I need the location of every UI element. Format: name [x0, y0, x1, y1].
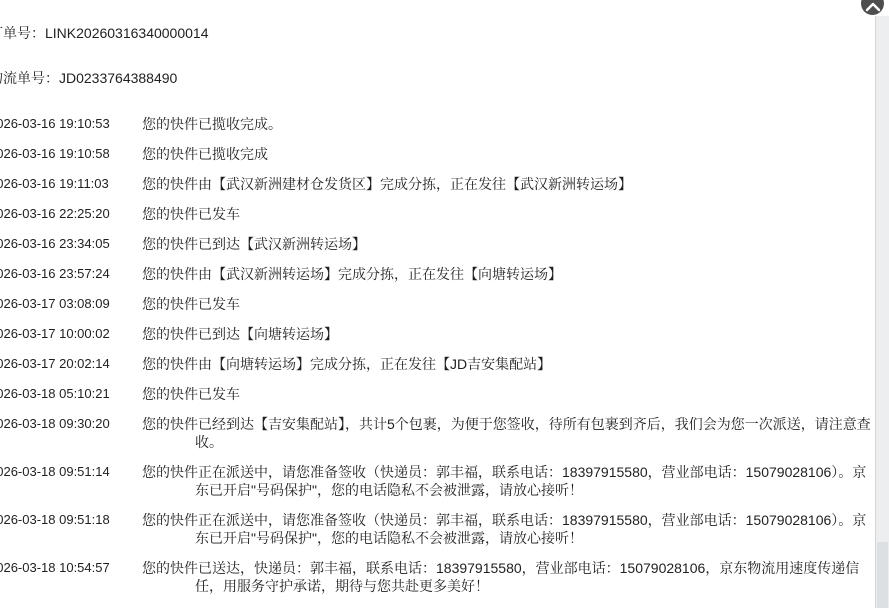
timeline-row: 2026-03-16 22:25:20 您的快件已发车 [0, 205, 873, 223]
tracking-panel: 订单号：LINK20260316340000014 物流单号：JD0233764… [0, 0, 889, 608]
timeline-timestamp: 2026-03-16 23:57:24 [0, 265, 142, 283]
timeline-row: 2026-03-16 23:34:05 您的快件已到达【武汉新洲转运场】 [0, 235, 873, 253]
order-number: 订单号：LINK20260316340000014 [0, 24, 873, 42]
timeline-message: 您的快件已揽收完成 [142, 145, 873, 163]
timeline-timestamp: 2026-03-17 10:00:02 [0, 325, 142, 343]
timeline-timestamp: 2026-03-16 19:10:53 [0, 115, 142, 133]
timeline-message: 您的快件已到达【向塘转运场】 [142, 325, 873, 343]
timeline-timestamp: 2026-03-18 10:54:57 [0, 559, 142, 577]
timeline-timestamp: 2026-03-16 23:34:05 [0, 235, 142, 253]
timeline-timestamp: 2026-03-17 20:02:14 [0, 355, 142, 373]
timeline-timestamp: 2026-03-16 19:10:58 [0, 145, 142, 163]
timeline-row: 2026-03-17 20:02:14 您的快件由【向塘转运场】完成分拣，正在发… [0, 355, 873, 373]
timeline-message: 您的快件已发车 [142, 205, 873, 223]
tracking-timeline: 2026-03-16 19:10:53 您的快件已揽收完成。 2026-03-1… [0, 115, 873, 595]
timeline-message: 您的快件已经到达【吉安集配站】，共计5个包裹，为便于您签收，待所有包裹到齐后，我… [142, 415, 873, 451]
timeline-row: 2026-03-16 19:10:58 您的快件已揽收完成 [0, 145, 873, 163]
timeline-row: 2026-03-18 09:30:20 您的快件已经到达【吉安集配站】，共计5个… [0, 415, 873, 451]
timeline-timestamp: 2026-03-18 09:51:18 [0, 511, 142, 529]
timeline-message: 您的快件由【向塘转运场】完成分拣，正在发往【JD吉安集配站】 [142, 355, 873, 373]
timeline-row: 2026-03-18 10:54:57 您的快件已送达，快递员：郭丰福，联系电话… [0, 559, 873, 595]
tracking-content: 订单号：LINK20260316340000014 物流单号：JD0233764… [0, 24, 873, 607]
timeline-message: 您的快件由【武汉新洲转运场】完成分拣，正在发往【向塘转运场】 [142, 265, 873, 283]
timeline-row: 2026-03-17 10:00:02 您的快件已到达【向塘转运场】 [0, 325, 873, 343]
timeline-timestamp: 2026-03-18 05:10:21 [0, 385, 142, 403]
chevron-up-icon [865, 0, 881, 12]
timeline-timestamp: 2026-03-16 22:25:20 [0, 205, 142, 223]
close-button[interactable] [861, 0, 884, 15]
timeline-row: 2026-03-17 03:08:09 您的快件已发车 [0, 295, 873, 313]
timeline-row: 2026-03-18 05:10:21 您的快件已发车 [0, 385, 873, 403]
timeline-row: 2026-03-16 19:11:03 您的快件由【武汉新洲建材仓发货区】完成分… [0, 175, 873, 193]
timeline-message: 您的快件已发车 [142, 385, 873, 403]
timeline-row: 2026-03-16 19:10:53 您的快件已揽收完成。 [0, 115, 873, 133]
timeline-timestamp: 2026-03-16 19:11:03 [0, 175, 142, 193]
timeline-timestamp: 2026-03-17 03:08:09 [0, 295, 142, 313]
timeline-message: 您的快件正在派送中，请您准备签收（快递员：郭丰福，联系电话：1839791558… [142, 463, 873, 499]
timeline-message: 您的快件正在派送中，请您准备签收（快递员：郭丰福，联系电话：1839791558… [142, 511, 873, 547]
logistics-number: 物流单号：JD0233764388490 [0, 69, 873, 87]
timeline-message: 您的快件已到达【武汉新洲转运场】 [142, 235, 873, 253]
timeline-row: 2026-03-18 09:51:14 您的快件正在派送中，请您准备签收（快递员… [0, 463, 873, 499]
timeline-message: 您的快件已送达，快递员：郭丰福，联系电话：18397915580，营业部电话：1… [142, 559, 873, 595]
timeline-message: 您的快件已发车 [142, 295, 873, 313]
timeline-row: 2026-03-16 23:57:24 您的快件由【武汉新洲转运场】完成分拣，正… [0, 265, 873, 283]
timeline-row: 2026-03-18 09:51:18 您的快件正在派送中，请您准备签收（快递员… [0, 511, 873, 547]
vertical-scrollbar[interactable] [875, 16, 889, 608]
timeline-message: 您的快件由【武汉新洲建材仓发货区】完成分拣，正在发往【武汉新洲转运场】 [142, 175, 873, 193]
timeline-timestamp: 2026-03-18 09:30:20 [0, 415, 142, 433]
timeline-message: 您的快件已揽收完成。 [142, 115, 873, 133]
timeline-timestamp: 2026-03-18 09:51:14 [0, 463, 142, 481]
scrollbar-thumb[interactable] [877, 542, 888, 608]
